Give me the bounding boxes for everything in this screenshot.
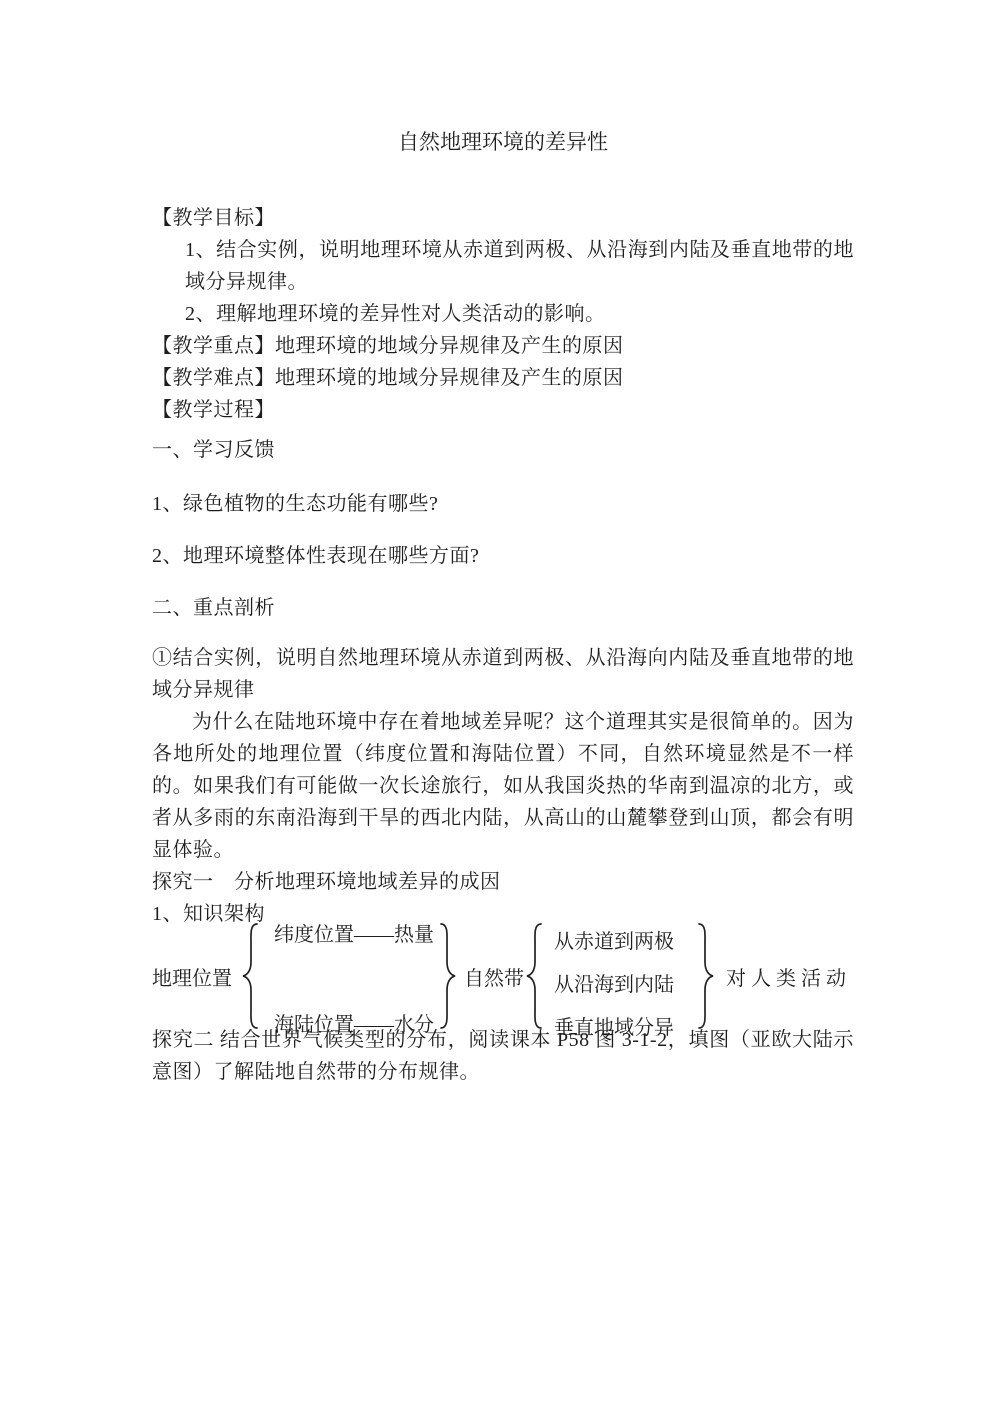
analysis-point: ①结合实例，说明自然地理环境从赤道到两极、从沿海向内陆及垂直地带的地域分异规律 bbox=[152, 642, 854, 706]
document-content: 自然地理环境的差异性 【教学目标】 1、结合实例，说明地理环境从赤道到两极、从沿… bbox=[0, 0, 1000, 1088]
objective-1: 1、结合实例，说明地理环境从赤道到两极、从沿海到内陆及垂直地带的地域分异规律。 bbox=[185, 234, 854, 298]
inquiry-1-heading: 探究一 分析地理环境地域差异的成因 bbox=[152, 866, 854, 898]
brace-open-icon bbox=[240, 921, 262, 1031]
diagram-branch2-column: 从赤道到两极 从沿海到内陆 垂直地域分异 bbox=[554, 924, 694, 1039]
teaching-objectives-header: 【教学目标】 bbox=[152, 202, 854, 234]
objective-2: 2、理解地理环境的差异性对人类活动的影响。 bbox=[185, 298, 854, 330]
section-2-heading: 二、重点剖析 bbox=[152, 592, 854, 624]
inquiry-2-paragraph: 探究二 结合世界气候类型的分布，阅读课本 P58 图 3-1-2，填图（亚欧大陆… bbox=[152, 1024, 854, 1088]
diagram-branch2-item: 从沿海到内陆 bbox=[554, 974, 694, 996]
diagram-result-label: 对人类活动 bbox=[726, 962, 851, 991]
review-question-1: 1、绿色植物的生态功能有哪些? bbox=[152, 488, 854, 520]
section-1-heading: 一、学习反馈 bbox=[152, 434, 854, 466]
diagram-root-label: 地理位置 bbox=[152, 962, 232, 991]
brace-close-icon bbox=[694, 921, 716, 1031]
teaching-process-header: 【教学过程】 bbox=[152, 394, 854, 426]
teaching-difficulty: 【教学难点】地理环境的地域分异规律及产生的原因 bbox=[152, 362, 854, 394]
brace-open-icon bbox=[524, 921, 546, 1031]
diagram-center-label: 自然带 bbox=[464, 962, 524, 991]
document-page: 自然地理环境的差异性 【教学目标】 1、结合实例，说明地理环境从赤道到两极、从沿… bbox=[0, 0, 1000, 1414]
diagram-branch2-item: 从赤道到两极 bbox=[554, 931, 694, 953]
knowledge-structure-diagram: 地理位置 纬度位置——热量 海陆位置——水分 自然带 从赤道到两极 从沿海到内陆… bbox=[152, 924, 854, 1028]
diagram-branch1-top: 纬度位置——热量 bbox=[274, 924, 434, 946]
diagram-branch1-column: 纬度位置——热量 海陆位置——水分 bbox=[274, 924, 434, 1036]
teaching-key-point: 【教学重点】地理环境的地域分异规律及产生的原因 bbox=[152, 330, 854, 362]
document-title: 自然地理环境的差异性 bbox=[152, 128, 854, 156]
brace-close-icon bbox=[436, 921, 458, 1031]
review-question-2: 2、地理环境整体性表现在哪些方面? bbox=[152, 540, 854, 572]
explanation-paragraph: 为什么在陆地环境中存在着地域差异呢？这个道理其实是很简单的。因为各地所处的地理位… bbox=[152, 706, 854, 866]
